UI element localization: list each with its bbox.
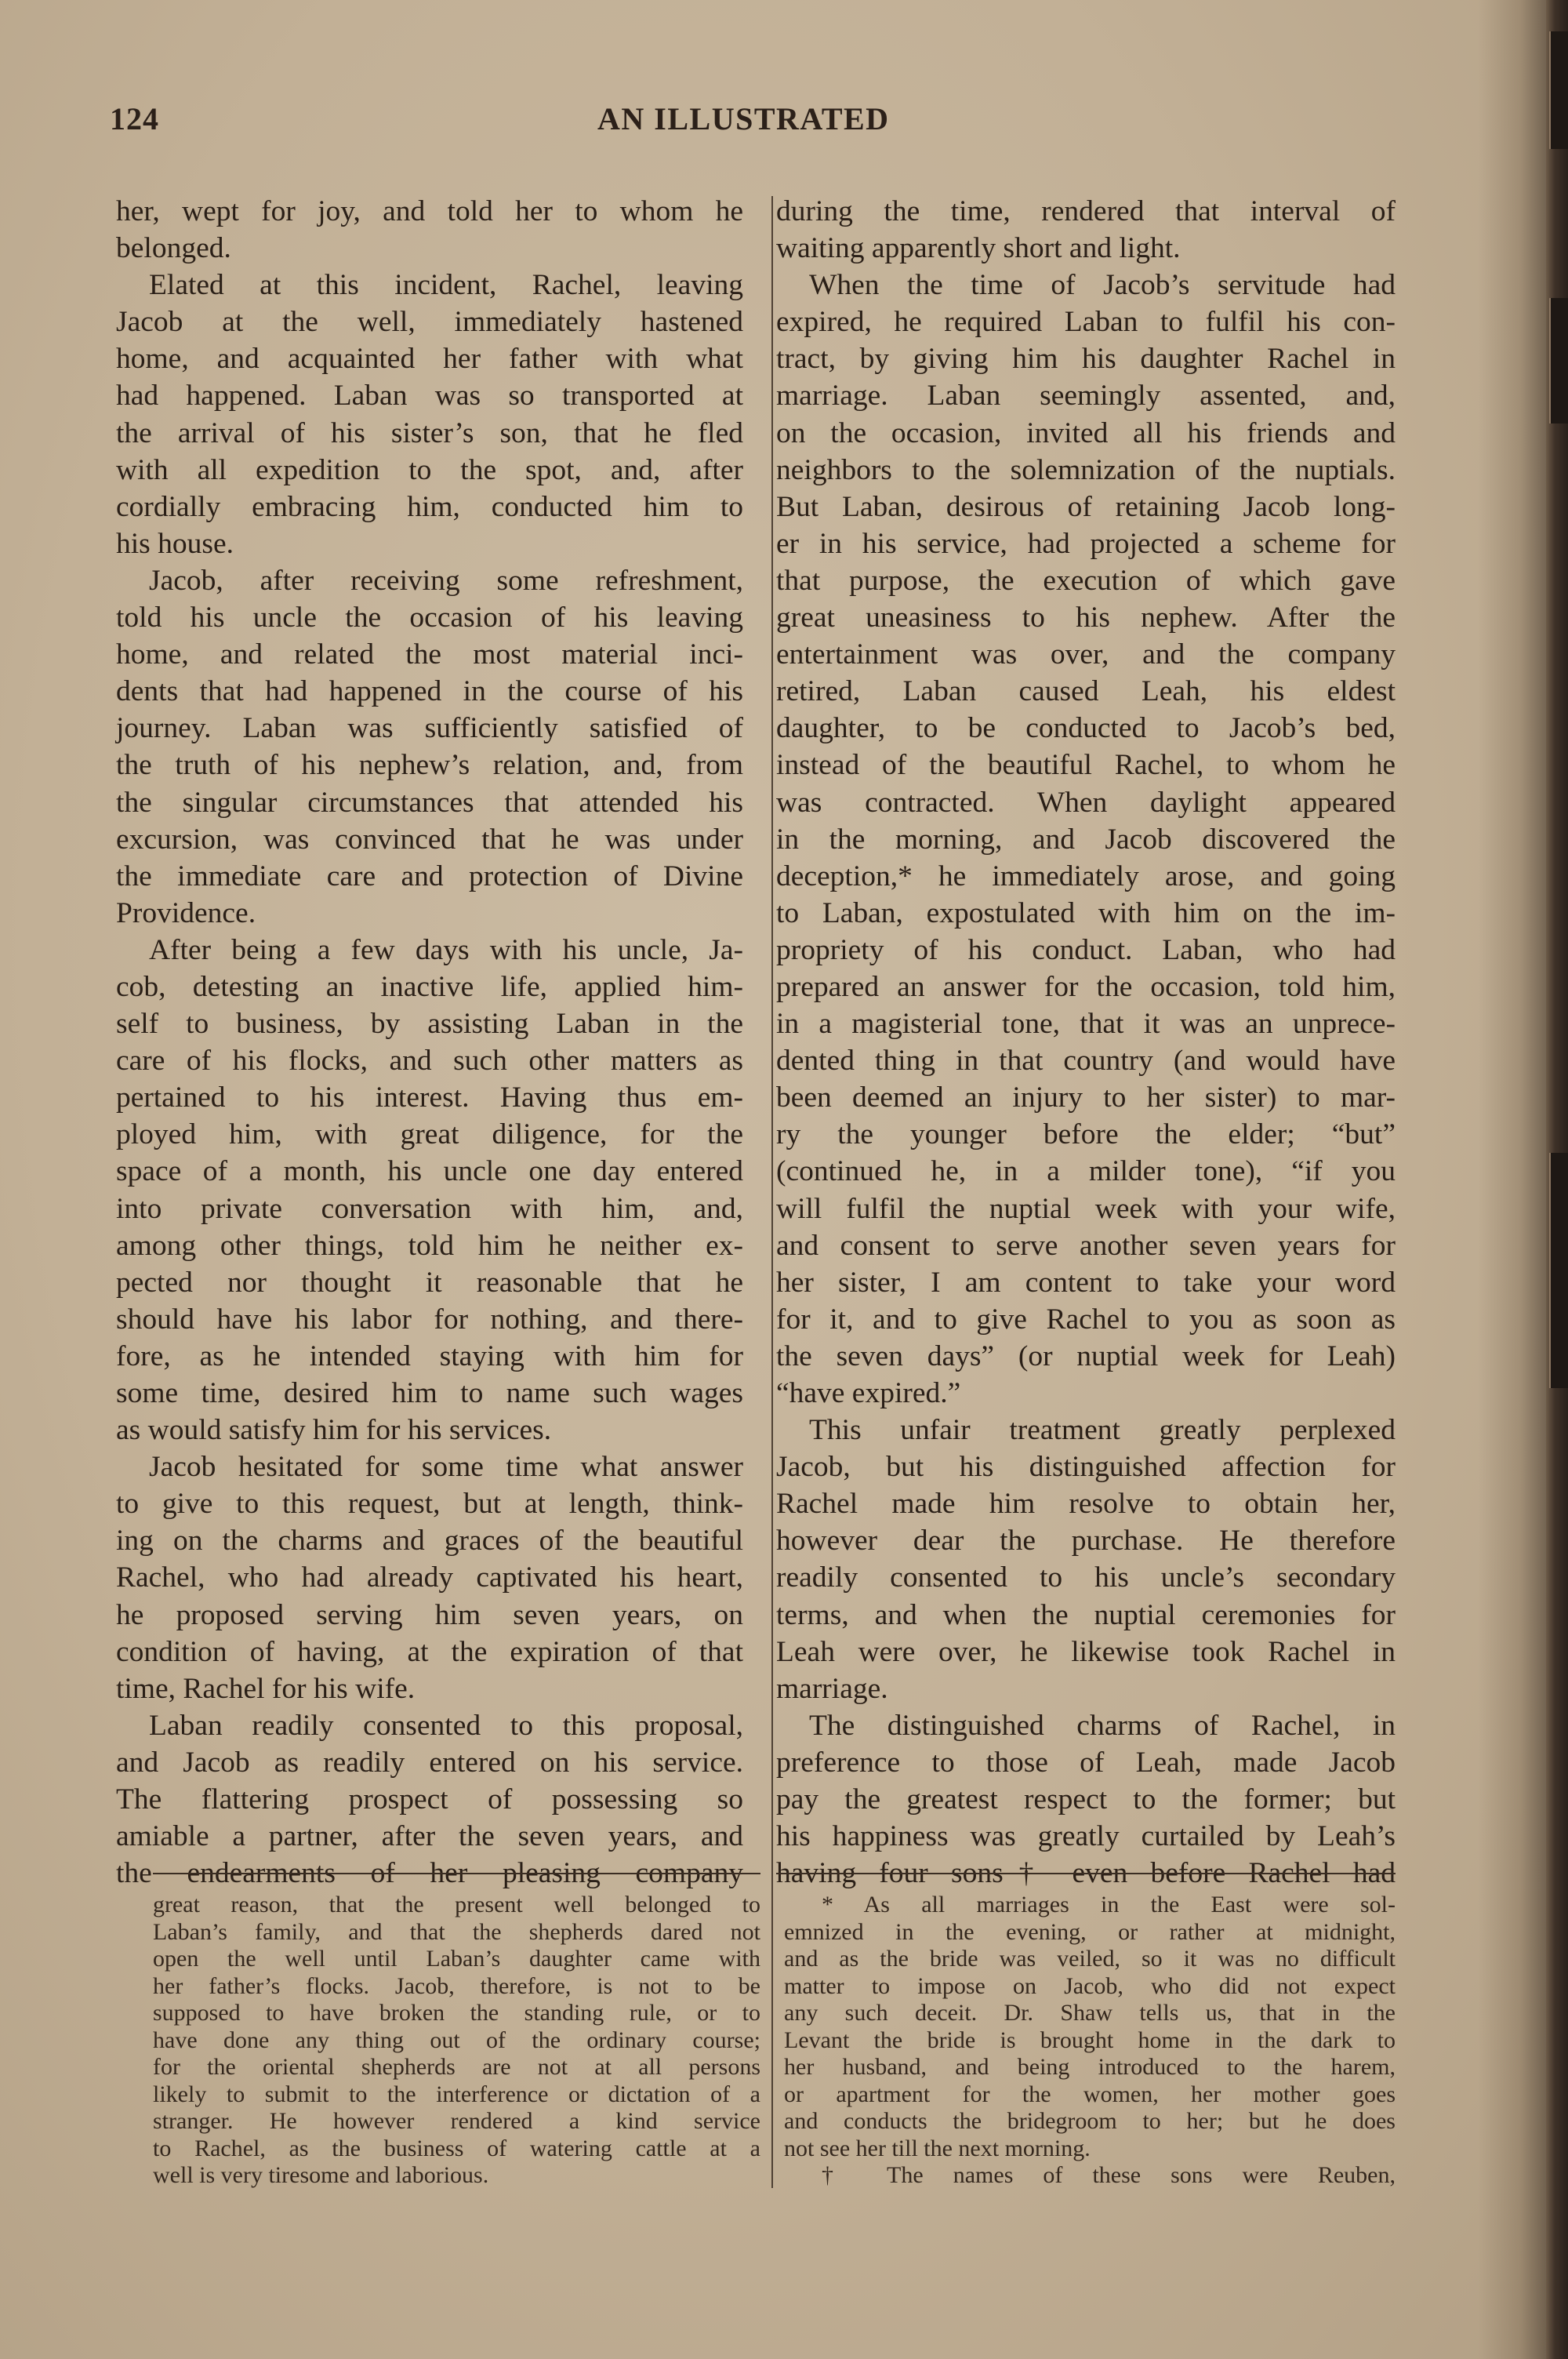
spine-band: [1549, 1153, 1568, 1388]
text-line: Laban’s family, and that the shepherds d…: [153, 1919, 760, 1946]
text-line: however dear the purchase. He therefore: [776, 1522, 1396, 1559]
text-line: her sister, I am content to take your wo…: [776, 1264, 1396, 1301]
text-line: Rachel, who had already captivated his h…: [116, 1559, 743, 1596]
column-divider: [771, 196, 773, 2188]
text-line: * As all marriages in the East were sol-: [784, 1892, 1396, 1919]
text-line: any such deceit. Dr. Shaw tells us, that…: [784, 2000, 1396, 2027]
text-line: not see her till the next morning.: [784, 2135, 1396, 2163]
text-line: the seven days” (or nuptial week for Lea…: [776, 1338, 1396, 1375]
text-line: deception,* he immediately arose, and go…: [776, 858, 1396, 895]
text-line: the arrival of his sister’s son, that he…: [116, 415, 743, 452]
text-line: great uneasiness to his nephew. After th…: [776, 599, 1396, 636]
book-page: 124 AN ILLUSTRATED her, wept for joy, an…: [0, 0, 1548, 2359]
text-line: cordially embracing him, conducted him t…: [116, 489, 743, 525]
text-line: to give to this request, but at length, …: [116, 1485, 743, 1522]
text-line: he proposed serving him seven years, on: [116, 1597, 743, 1634]
text-line: home, and related the most material inci…: [116, 636, 743, 673]
text-line: ry the younger before the elder; “but”: [776, 1116, 1396, 1153]
text-line: during the time, rendered that interval …: [776, 193, 1396, 230]
text-line: his house.: [116, 525, 743, 562]
text-line: pected nor thought it reasonable that he: [116, 1264, 743, 1301]
text-line: the truth of his nephew’s relation, and,…: [116, 747, 743, 783]
text-line: her, wept for joy, and told her to whom …: [116, 193, 743, 230]
text-line: dents that had happened in the course of…: [116, 673, 743, 710]
text-line: space of a month, his uncle one day ente…: [116, 1153, 743, 1190]
text-line: er in his service, had projected a schem…: [776, 525, 1396, 562]
text-line: Leah were over, he likewise took Rachel …: [776, 1634, 1396, 1670]
text-line: readily consented to his uncle’s seconda…: [776, 1559, 1396, 1596]
spine-band: [1549, 31, 1568, 149]
left-column: her, wept for joy, and told her to whom …: [116, 193, 743, 1892]
footnote-right: * As all marriages in the East were sol-…: [784, 1892, 1396, 2190]
page-number: 124: [110, 100, 159, 137]
text-line: retired, Laban caused Leah, his eldest: [776, 673, 1396, 710]
text-line: self to business, by assisting Laban in …: [116, 1005, 743, 1042]
text-line: journey. Laban was sufficiently satisfie…: [116, 710, 743, 747]
text-line: and as the bride was veiled, so it was n…: [784, 1946, 1396, 1973]
text-line: in a magisterial tone, that it was an un…: [776, 1005, 1396, 1042]
text-line: Laban readily consented to this proposal…: [116, 1707, 743, 1744]
text-line: care of his flocks, and such other matte…: [116, 1042, 743, 1079]
text-line: some time, desired him to name such wage…: [116, 1375, 743, 1412]
text-line: to Laban, expostulated with him on the i…: [776, 895, 1396, 932]
text-line: and Jacob as readily entered on his serv…: [116, 1744, 743, 1781]
text-line: time, Rachel for his wife.: [116, 1670, 743, 1707]
text-line: terms, and when the nuptial ceremonies f…: [776, 1597, 1396, 1634]
text-line: was contracted. When daylight appeared: [776, 784, 1396, 821]
text-line: Jacob, but his distinguished affection f…: [776, 1448, 1396, 1485]
text-line: will fulfil the nuptial week with your w…: [776, 1190, 1396, 1227]
text-line: “have expired.”: [776, 1375, 1396, 1412]
running-header: 124 AN ILLUSTRATED: [0, 100, 1548, 147]
text-line: Elated at this incident, Rachel, leaving: [116, 267, 743, 304]
text-line: Jacob, after receiving some refreshment,: [116, 562, 743, 599]
text-line: stranger. He however rendered a kind ser…: [153, 2108, 760, 2135]
text-line: After being a few days with his uncle, J…: [116, 932, 743, 969]
text-line: great reason, that the present well belo…: [153, 1892, 760, 1919]
text-line: The distinguished charms of Rachel, in: [776, 1707, 1396, 1744]
text-line: emnized in the evening, or rather at mid…: [784, 1919, 1396, 1946]
text-line: Jacob hesitated for some time what answe…: [116, 1448, 743, 1485]
text-line: This unfair treatment greatly perplexed: [776, 1412, 1396, 1448]
text-line: Levant the bride is brought home in the …: [784, 2027, 1396, 2055]
text-line: that purpose, the execution of which gav…: [776, 562, 1396, 599]
text-line: dented thing in that country (and would …: [776, 1042, 1396, 1079]
footnote-left: great reason, that the present well belo…: [153, 1892, 760, 2190]
text-line: Jacob at the well, immediately hastened: [116, 304, 743, 340]
text-line: into private conversation with him, and,: [116, 1190, 743, 1227]
running-title: AN ILLUSTRATED: [597, 100, 890, 137]
text-line: prepared an answer for the occasion, tol…: [776, 969, 1396, 1005]
footnote-rule-right: [776, 1873, 1396, 1874]
text-line: waiting apparently short and light.: [776, 230, 1396, 267]
text-line: ployed him, with great diligence, for th…: [116, 1116, 743, 1153]
text-line: belonged.: [116, 230, 743, 267]
text-line: neighbors to the solemnization of the nu…: [776, 452, 1396, 489]
text-line: pay the greatest respect to the former; …: [776, 1781, 1396, 1818]
text-line: condition of having, at the expiration o…: [116, 1634, 743, 1670]
text-line: among other things, told him he neither …: [116, 1227, 743, 1264]
spine-band: [1549, 298, 1568, 423]
text-line: Providence.: [116, 895, 743, 932]
text-line: and conducts the bridegroom to her; but …: [784, 2108, 1396, 2135]
text-line: daughter, to be conducted to Jacob’s bed…: [776, 710, 1396, 747]
text-line: for the oriental shepherds are not at al…: [153, 2054, 760, 2081]
text-line: entertainment was over, and the company: [776, 636, 1396, 673]
text-line: The flattering prospect of possessing so: [116, 1781, 743, 1818]
text-line: and consent to serve another seven years…: [776, 1227, 1396, 1264]
text-line: instead of the beautiful Rachel, to whom…: [776, 747, 1396, 783]
text-line: her father’s flocks. Jacob, therefore, i…: [153, 1973, 760, 2001]
text-line: with all expedition to the spot, and, af…: [116, 452, 743, 489]
text-line: pertained to his interest. Having thus e…: [116, 1079, 743, 1116]
text-line: cob, detesting an inactive life, applied…: [116, 969, 743, 1005]
text-line: her husband, and being introduced to the…: [784, 2054, 1396, 2081]
text-line: But Laban, desirous of retaining Jacob l…: [776, 489, 1396, 525]
text-line: supposed to have broken the standing rul…: [153, 2000, 760, 2027]
text-line: on the occasion, invited all his friends…: [776, 415, 1396, 452]
text-line: matter to impose on Jacob, who did not e…: [784, 1973, 1396, 2001]
text-line: the immediate care and protection of Div…: [116, 858, 743, 895]
text-line: preference to those of Leah, made Jacob: [776, 1744, 1396, 1781]
text-line: told his uncle the occasion of his leavi…: [116, 599, 743, 636]
text-line: expired, he required Laban to fulfil his…: [776, 304, 1396, 340]
text-line: or apartment for the women, her mother g…: [784, 2081, 1396, 2109]
text-line: likely to submit to the interference or …: [153, 2081, 760, 2109]
book-spine: [1546, 0, 1568, 2359]
text-line: for it, and to give Rachel to you as soo…: [776, 1301, 1396, 1338]
text-line: marriage.: [776, 1670, 1396, 1707]
text-line: When the time of Jacob’s servitude had: [776, 267, 1396, 304]
text-line: to Rachel, as the business of watering c…: [153, 2135, 760, 2163]
text-line: as would satisfy him for his services.: [116, 1412, 743, 1448]
text-line: ing on the charms and graces of the beau…: [116, 1522, 743, 1559]
text-line: have done any thing out of the ordinary …: [153, 2027, 760, 2055]
text-line: tract, by giving him his daughter Rachel…: [776, 340, 1396, 377]
text-line: his happiness was greatly curtailed by L…: [776, 1818, 1396, 1855]
text-line: had happened. Laban was so transported a…: [116, 377, 743, 414]
text-line: amiable a partner, after the seven years…: [116, 1818, 743, 1855]
text-line: marriage. Laban seemingly assented, and,: [776, 377, 1396, 414]
text-line: † The names of these sons were Reuben,: [784, 2162, 1396, 2190]
text-line: excursion, was convinced that he was und…: [116, 821, 743, 858]
text-line: should have his labor for nothing, and t…: [116, 1301, 743, 1338]
text-line: Rachel made him resolve to obtain her,: [776, 1485, 1396, 1522]
footnote-rule-left: [153, 1873, 760, 1874]
text-line: been deemed an injury to her sister) to …: [776, 1079, 1396, 1116]
text-line: the singular circumstances that attended…: [116, 784, 743, 821]
text-line: propriety of his conduct. Laban, who had: [776, 932, 1396, 969]
text-line: home, and acquainted her father with wha…: [116, 340, 743, 377]
text-line: in the morning, and Jacob discovered the: [776, 821, 1396, 858]
right-column: during the time, rendered that interval …: [776, 193, 1396, 1892]
text-line: well is very tiresome and laborious.: [153, 2162, 760, 2190]
text-line: (continued he, in a milder tone), “if yo…: [776, 1153, 1396, 1190]
text-line: open the well until Laban’s daughter cam…: [153, 1946, 760, 1973]
text-line: fore, as he intended staying with him fo…: [116, 1338, 743, 1375]
